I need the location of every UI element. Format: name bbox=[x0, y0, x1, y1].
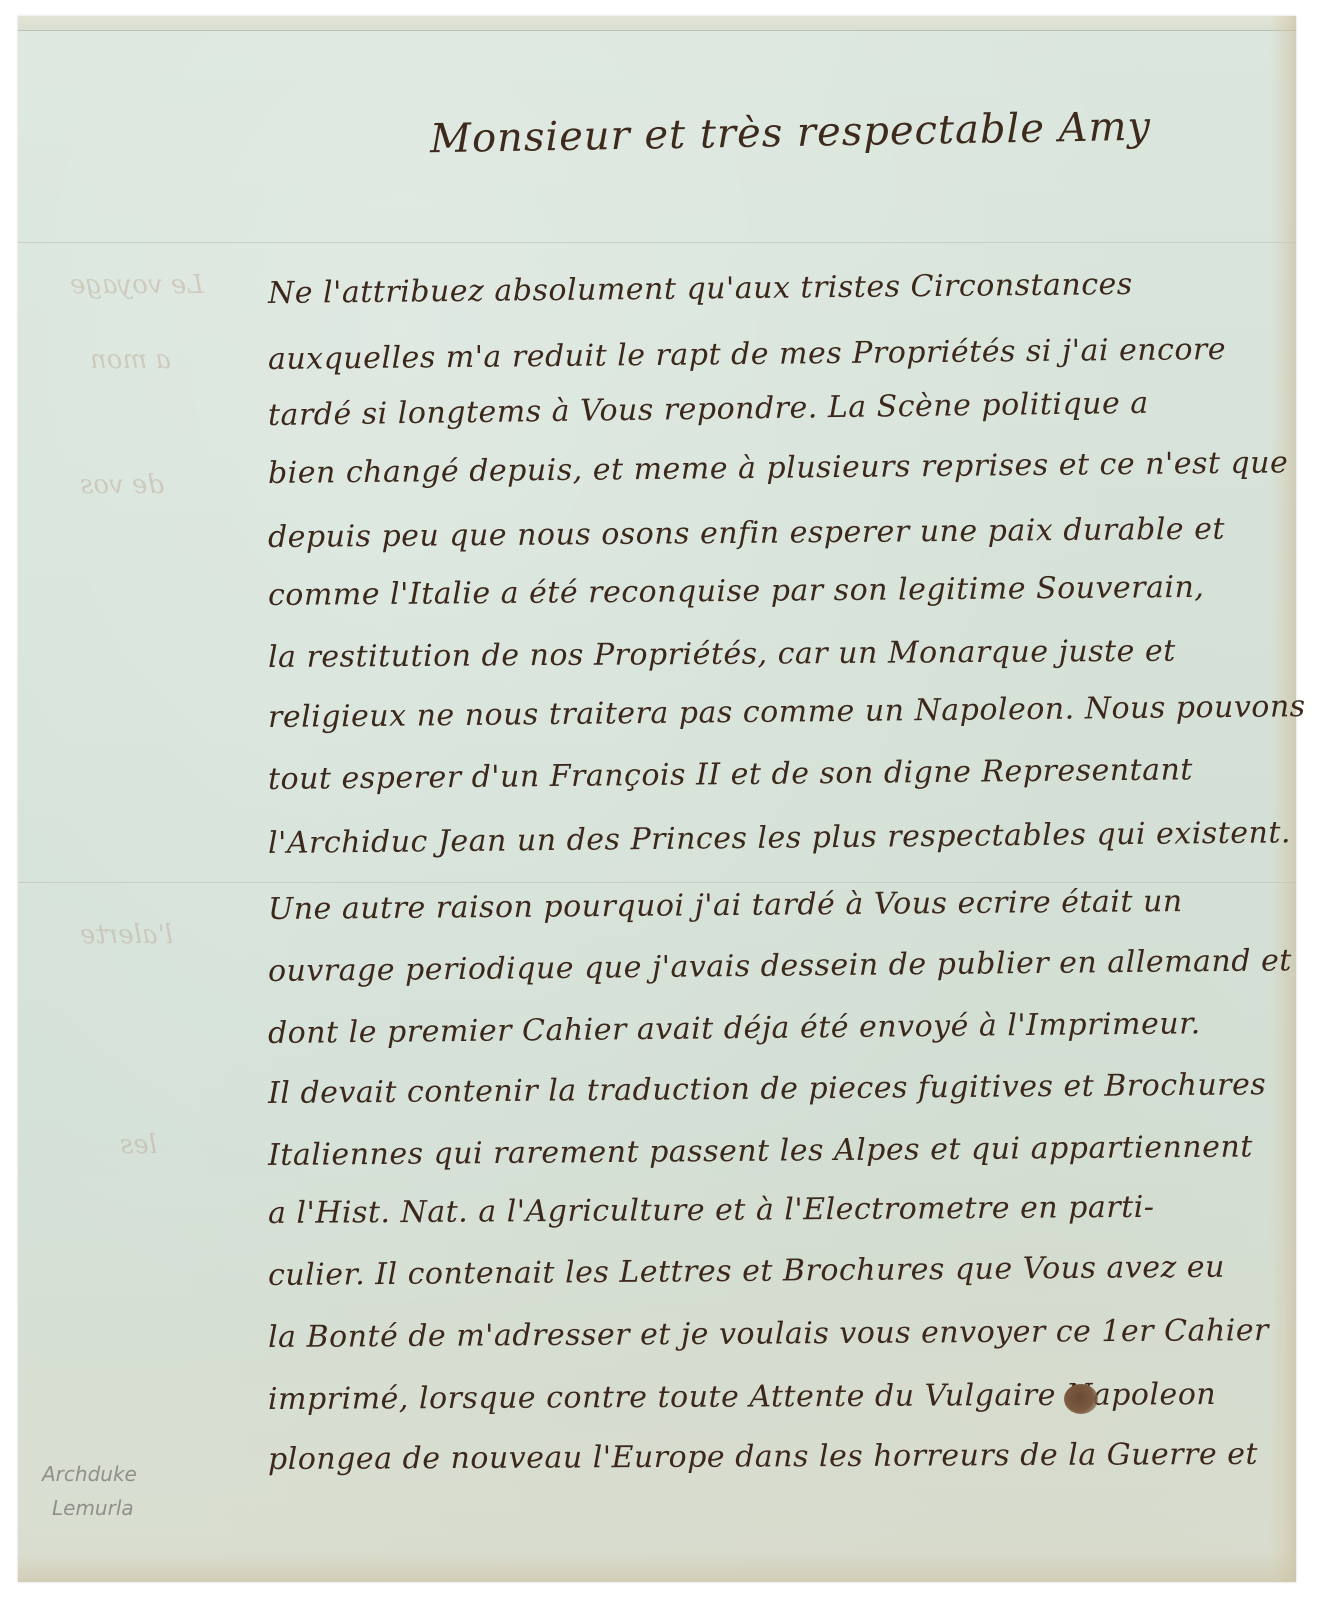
letter-line: depuis peu que nous osons enfin esperer … bbox=[268, 512, 1225, 555]
letter-line: comme l'Italie a été reconquise par son … bbox=[268, 570, 1205, 613]
letter-line: auxquelles m'a reduit le rapt de mes Pro… bbox=[268, 332, 1226, 377]
letter-line: tout esperer d'un François II et de son … bbox=[268, 752, 1193, 797]
letter-line: bien changé depuis, et meme à plusieurs … bbox=[268, 445, 1289, 491]
ink-stain bbox=[1064, 1384, 1098, 1414]
letter-line: a l'Hist. Nat. a l'Agriculture et à l'El… bbox=[268, 1190, 1155, 1231]
letter-line: Il devait contenir la traduction de piec… bbox=[268, 1067, 1266, 1111]
letter-line: culier. Il contenait les Lettres et Broc… bbox=[268, 1250, 1225, 1293]
letter-line: religieux ne nous traitera pas comme un … bbox=[268, 689, 1306, 735]
letter-line: Italiennes qui rarement passent les Alpe… bbox=[268, 1129, 1253, 1173]
letter-line: la Bonté de m'adresser et je voulais vou… bbox=[268, 1313, 1269, 1355]
letter-line: Une autre raison pourquoi j'ai tardé à V… bbox=[268, 884, 1183, 927]
letter-line: dont le premier Cahier avait déja été en… bbox=[268, 1006, 1201, 1051]
letter-line: l'Archiduc Jean un des Princes les plus … bbox=[268, 815, 1291, 861]
letter-line: Ne l'attribuez absolument qu'aux tristes… bbox=[268, 267, 1133, 311]
letter-line: la restitution de nos Propriétés, car un… bbox=[268, 634, 1176, 675]
letter-line: ouvrage periodique que j'avais dessein d… bbox=[268, 943, 1292, 989]
letter-line: tardé si longtems à Vous repondre. La Sc… bbox=[268, 386, 1149, 433]
letter-line: plongea de nouveau l'Europe dans les hor… bbox=[268, 1437, 1258, 1477]
letter-body: Ne l'attribuez absolument qu'aux tristes… bbox=[0, 0, 1320, 1600]
pencil-margin-note: Lemurla bbox=[52, 1496, 134, 1520]
pencil-margin-note: Archduke bbox=[42, 1462, 137, 1486]
